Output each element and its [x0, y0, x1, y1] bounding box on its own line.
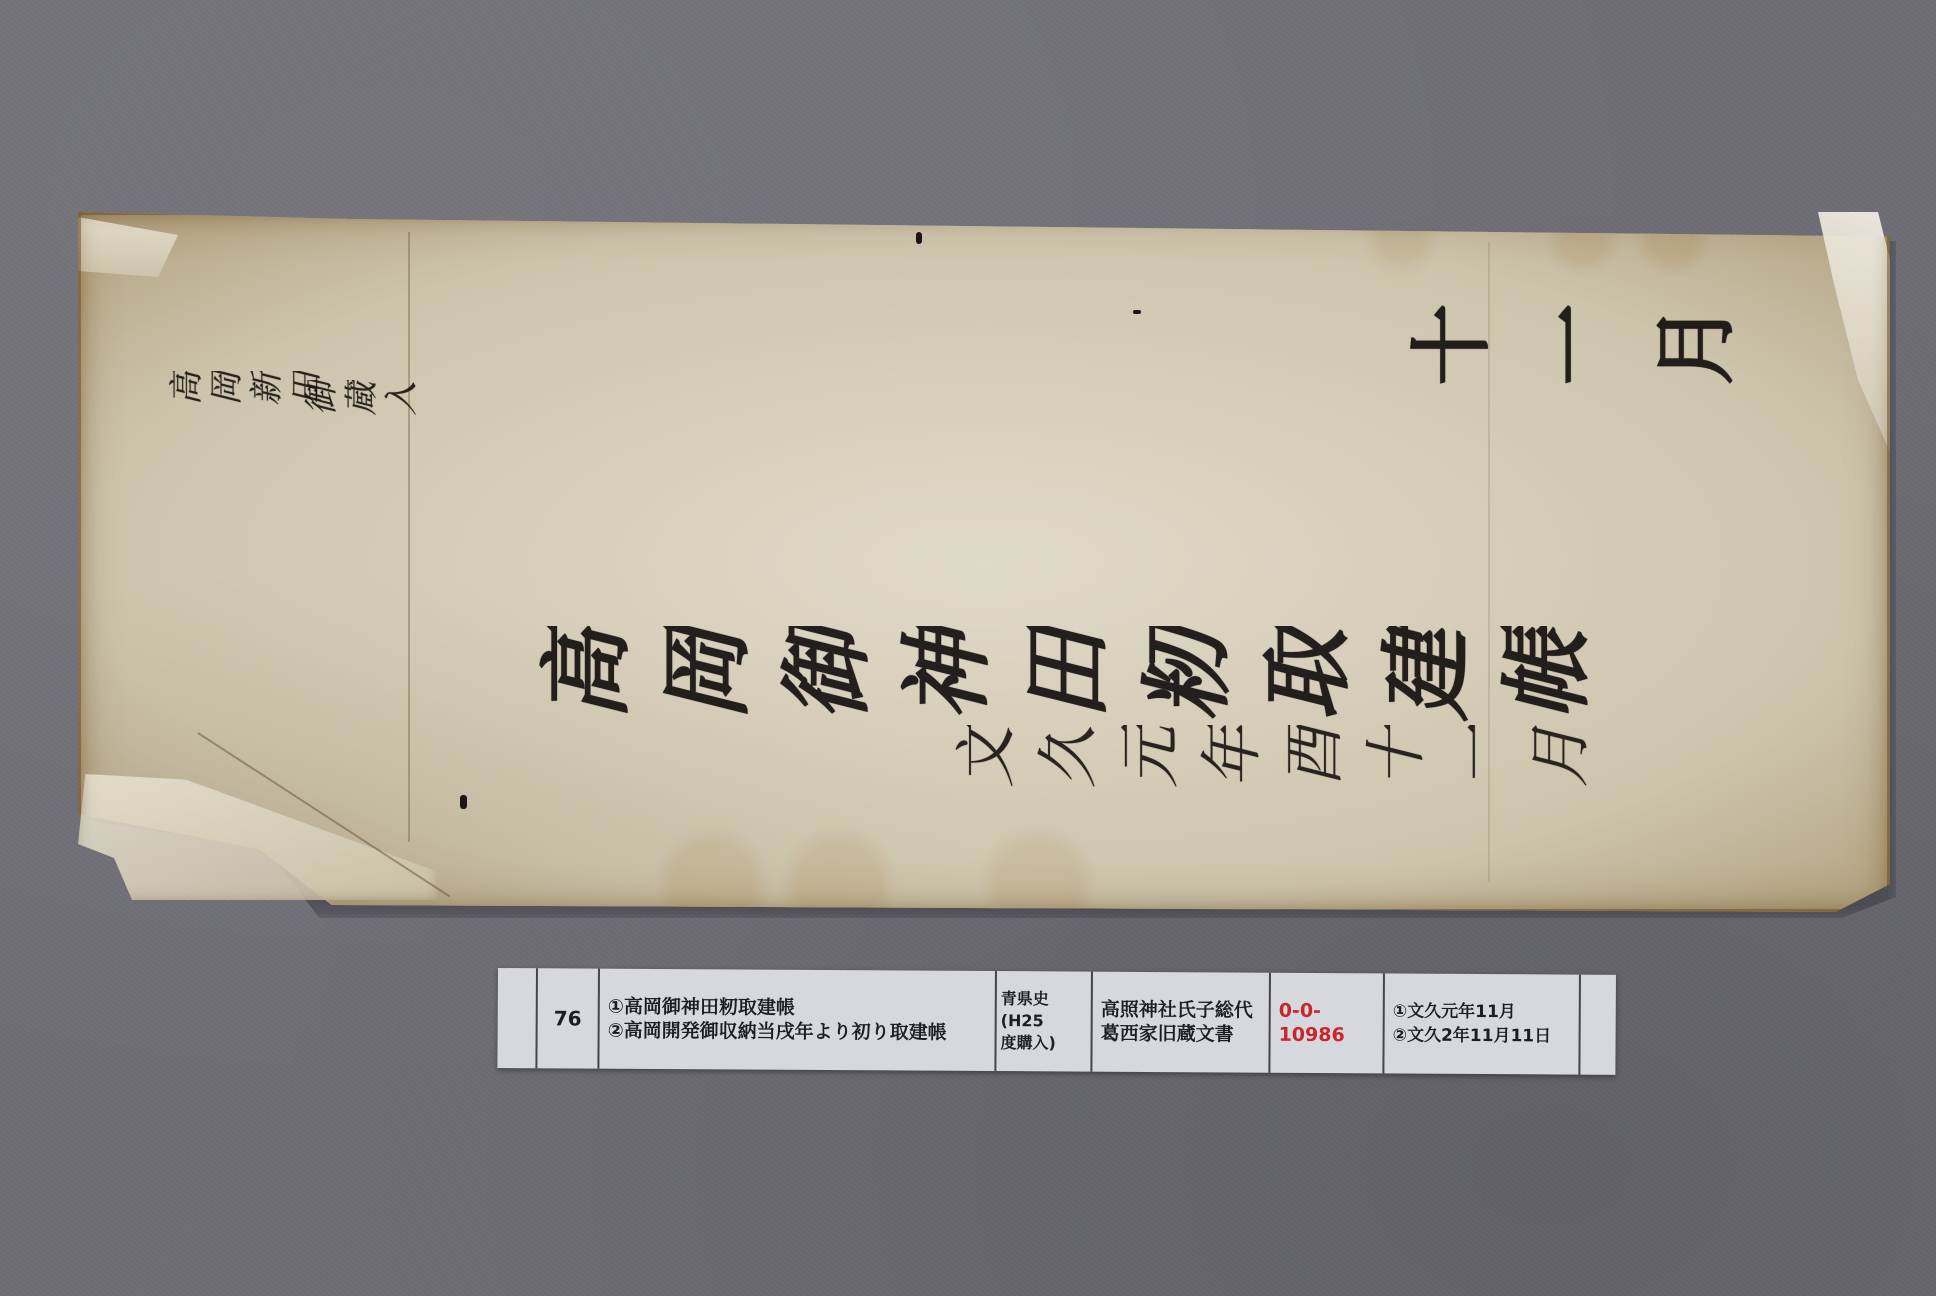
- calligraphy-month-mark: 十一月: [1408, 292, 1908, 392]
- label-source-line-1: 青県史(H25: [1001, 988, 1087, 1033]
- label-collection-line-2: 葛西家旧蔵文書: [1101, 1022, 1261, 1047]
- calligraphy-side-note: 御蔵入: [303, 377, 443, 427]
- fold-crease: [408, 232, 410, 842]
- label-collection-line-1: 高照神社氏子総代: [1101, 998, 1261, 1023]
- label-source-line-2: 度購入): [1000, 1032, 1086, 1055]
- ink-mark: [1133, 310, 1141, 314]
- ink-mark: [916, 232, 922, 244]
- calligraphy-date-line: 文久元年酉十一月: [953, 717, 1753, 807]
- label-cell-collection: 高照神社氏子総代 葛西家旧蔵文書: [1092, 972, 1271, 1073]
- label-cell-title: ①高岡御神田籾取建帳 ②高岡開発御収納当戌年より初り取建帳: [599, 969, 997, 1071]
- label-cell-date: ①文久元年11月 ②文久2年11月11日: [1384, 973, 1581, 1074]
- label-date-line-1: ①文久元年11月: [1393, 999, 1571, 1024]
- label-cell-catalog-id: 0-0-10986: [1270, 973, 1385, 1074]
- ink-mark: [460, 795, 467, 809]
- label-title-line-1: ①高岡御神田籾取建帳: [608, 995, 987, 1021]
- label-cell-blank: [497, 968, 538, 1068]
- label-catalog-id: 0-0-10986: [1279, 999, 1375, 1048]
- catalog-label-strip: 76 ①高岡御神田籾取建帳 ②高岡開発御収納当戌年より初り取建帳 青県史(H25…: [497, 968, 1616, 1075]
- label-cell-number: 76: [537, 968, 600, 1068]
- label-number: 76: [554, 1006, 582, 1030]
- label-title-line-2: ②高岡開発御収納当戌年より初り取建帳: [608, 1019, 987, 1045]
- label-date-line-2: ②文久2年11月11日: [1393, 1023, 1571, 1048]
- label-cell-blank: [1580, 975, 1616, 1075]
- label-cell-source: 青県史(H25 度購入): [996, 971, 1093, 1072]
- historical-document: 高岡御神田籾取建帳 文久元年酉十一月 十一月 高岡新田 御蔵入: [78, 212, 1890, 912]
